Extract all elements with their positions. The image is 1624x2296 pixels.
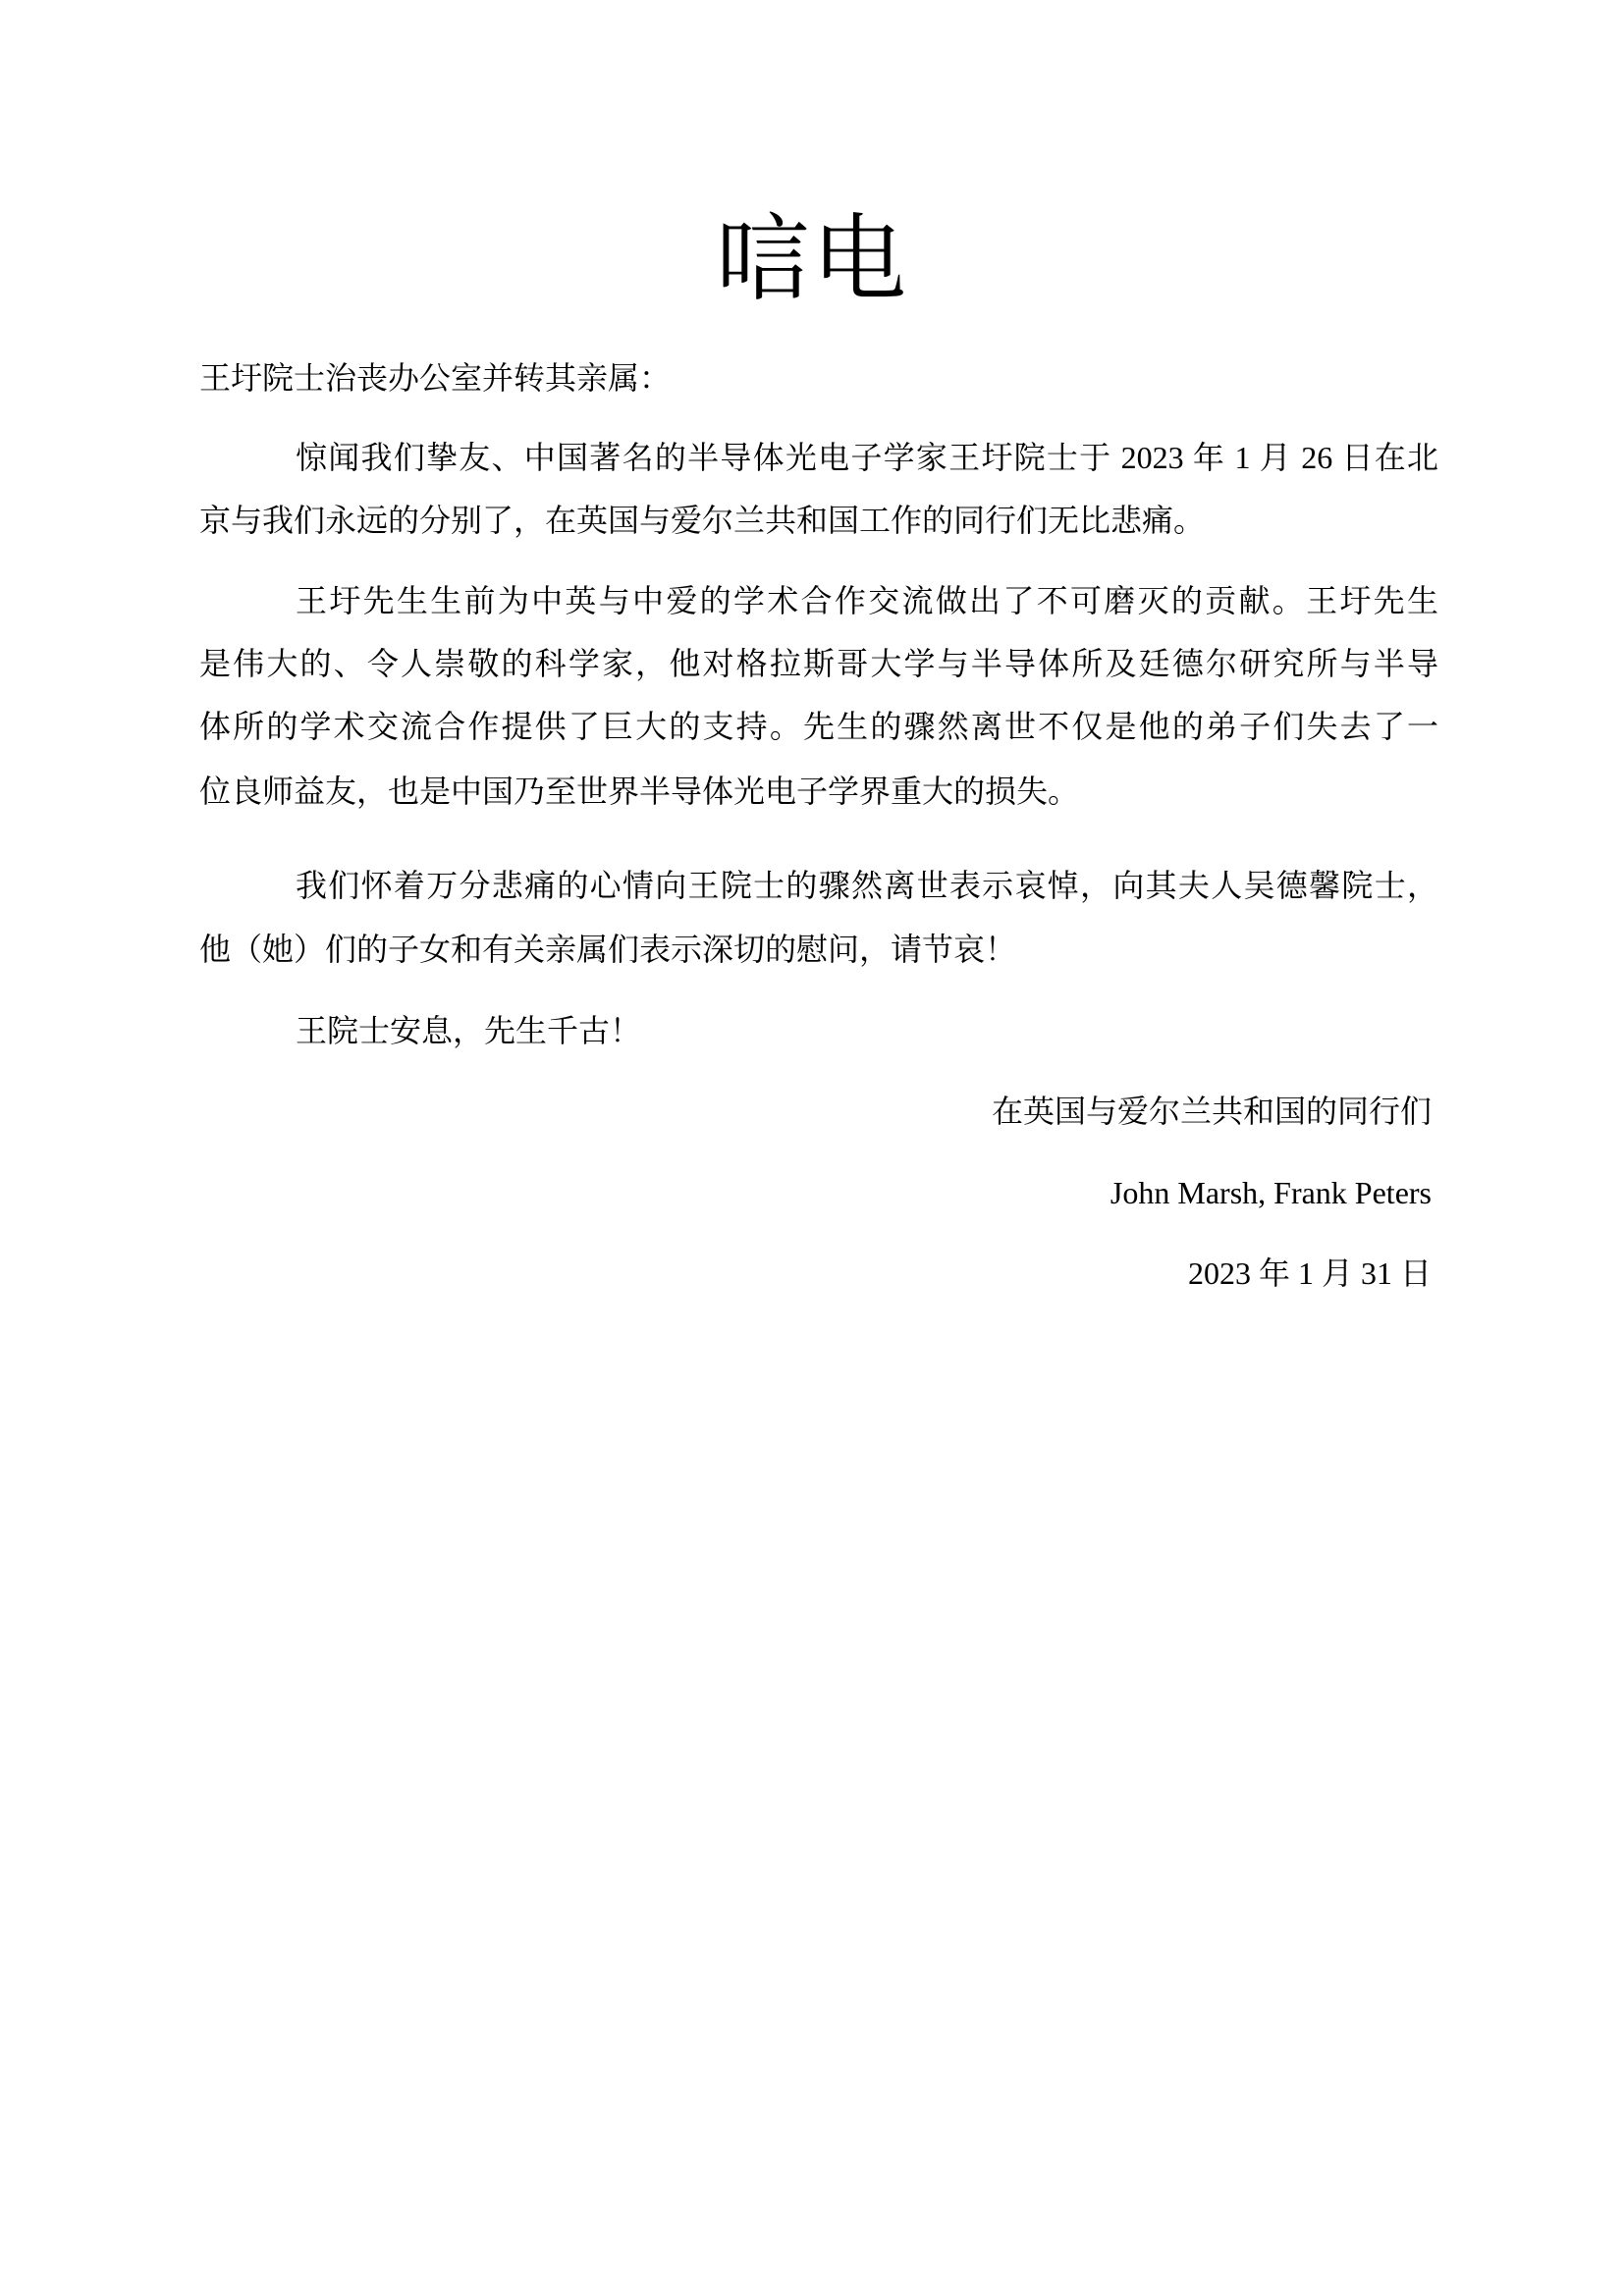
- paragraph-1-line-2: 京与我们永远的分别了，在英国与爱尔兰共和国工作的同行们无比悲痛。: [199, 501, 1205, 540]
- paragraph-2-line-3: 体所的学术交流合作提供了巨大的支持。先生的骤然离世不仅是他的弟子们失去了一: [199, 707, 1438, 746]
- signature-names: John Marsh, Frank Peters: [1110, 1173, 1432, 1212]
- paragraph-4-line-1: 王院士安息，先生千古！: [296, 1011, 641, 1050]
- signature-date: 2023 年 1 月 31 日: [1188, 1254, 1432, 1293]
- document-page: 唁电 王圩院士治丧办公室并转其亲属： 惊闻我们挚友、中国著名的半导体光电子学家王…: [0, 0, 1624, 2296]
- signature-group: 在英国与爱尔兰共和国的同行们: [992, 1092, 1432, 1131]
- paragraph-1-line-1: 惊闻我们挚友、中国著名的半导体光电子学家王圩院士于 2023 年 1 月 26 …: [296, 438, 1438, 477]
- paragraph-2-line-2: 是伟大的、令人崇敬的科学家，他对格拉斯哥大学与半导体所及廷德尔研究所与半导: [199, 644, 1438, 683]
- paragraph-3-line-2: 他（她）们的子女和有关亲属们表示深切的慰问，请节哀！: [199, 930, 1016, 969]
- document-title: 唁电: [0, 201, 1624, 319]
- paragraph-2-line-1: 王圩先生生前为中英与中爱的学术合作交流做出了不可磨灭的贡献。王圩先生: [296, 581, 1438, 620]
- salutation: 王圩院士治丧办公室并转其亲属：: [199, 358, 671, 398]
- paragraph-2-line-4: 位良师益友，也是中国乃至世界半导体光电子学界重大的损失。: [199, 772, 1079, 811]
- paragraph-3-line-1: 我们怀着万分悲痛的心情向王院士的骤然离世表示哀悼，向其夫人吴德馨院士，: [296, 866, 1438, 905]
